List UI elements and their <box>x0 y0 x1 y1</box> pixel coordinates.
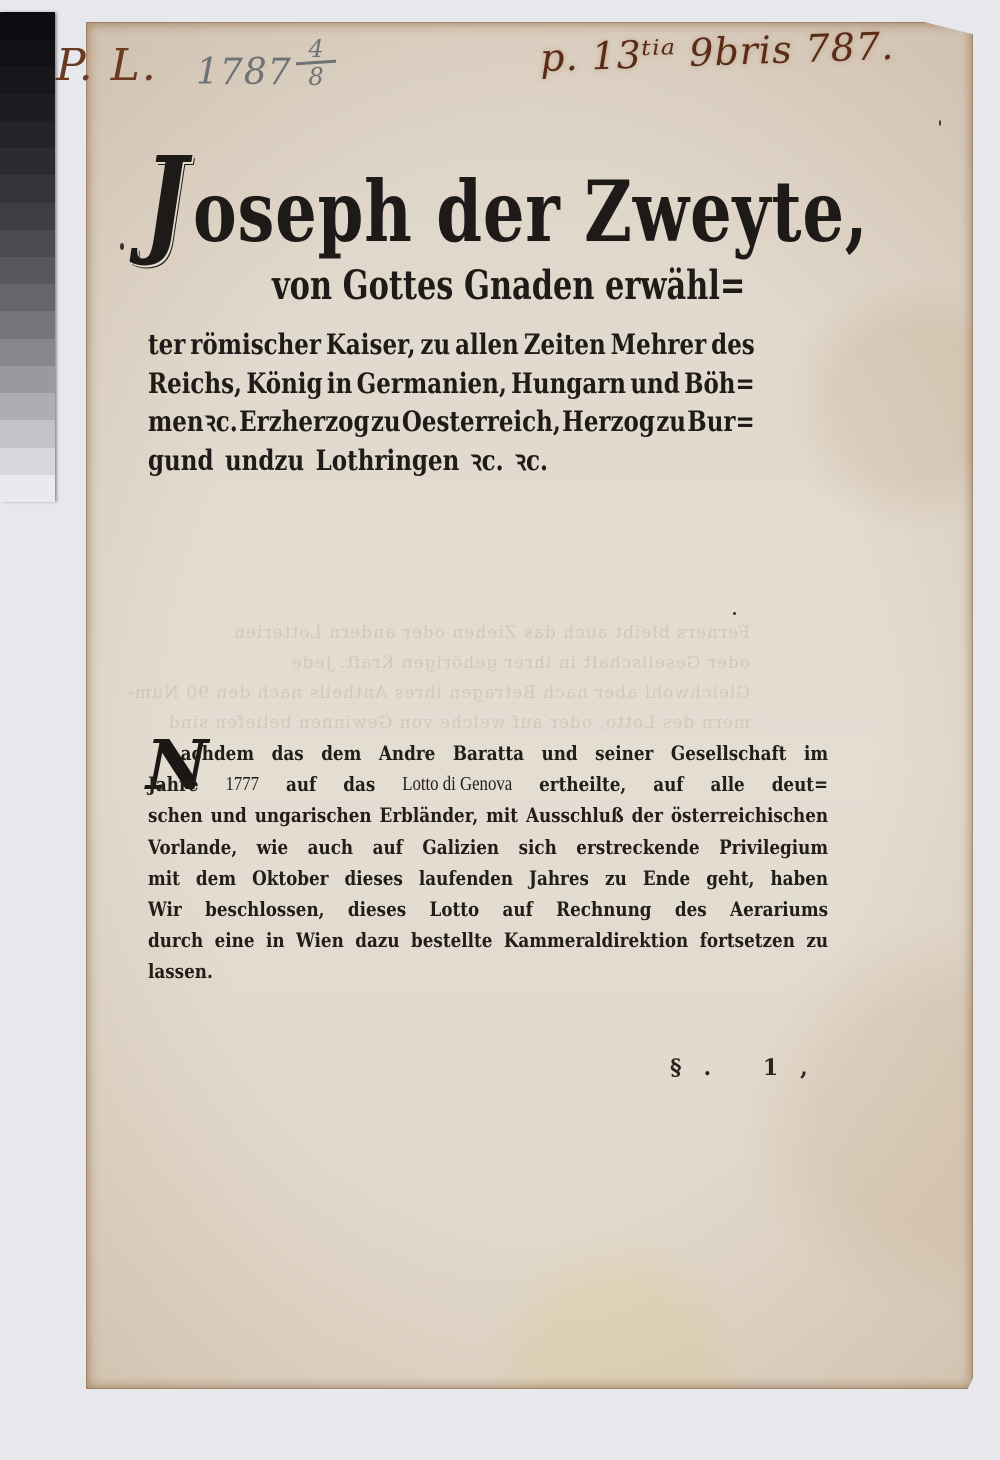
word: deut= <box>772 769 828 800</box>
word: Wien <box>296 925 344 956</box>
fraction-denominator: 8 <box>308 63 323 91</box>
word: lassen. <box>148 956 213 987</box>
word: Aerariums <box>730 894 828 925</box>
word: undzu <box>225 442 304 481</box>
gray-patch <box>0 230 55 257</box>
paper-speck <box>733 612 736 615</box>
word: ertheilte, <box>539 769 626 800</box>
word: dazu <box>355 925 399 956</box>
gray-patch <box>0 39 55 66</box>
word: haben <box>770 863 828 894</box>
word: Lotto <box>430 894 480 925</box>
gray-patch <box>0 66 55 93</box>
word: Lotto di Genova <box>402 769 512 800</box>
word: und <box>542 738 578 769</box>
word: zu <box>656 403 686 442</box>
word: Kaiser, <box>326 326 416 365</box>
text-line: Wirbeschlossen,diesesLottoaufRechnungdes… <box>148 894 828 925</box>
word: Oktober <box>252 863 328 894</box>
word: erstreckende <box>576 832 699 863</box>
word: der <box>632 800 663 831</box>
word: eine <box>215 925 255 956</box>
word: ungarischen <box>255 800 372 831</box>
gray-patch <box>0 203 55 230</box>
handwritten-year-pencil: 1787 <box>196 52 292 93</box>
word: Galizien <box>422 832 499 863</box>
word: zu <box>371 403 401 442</box>
gray-patch <box>0 94 55 121</box>
title-text: oseph der Zweyte, <box>193 162 868 261</box>
word: laufenden <box>419 863 513 894</box>
word: österreichischen <box>671 800 828 831</box>
gray-patch <box>0 148 55 175</box>
word: zu <box>605 863 627 894</box>
gray-patch <box>0 257 55 284</box>
gray-patch <box>0 121 55 148</box>
word: König <box>246 365 322 404</box>
word: schen <box>148 800 203 831</box>
grayscale-calibration-strip <box>0 12 55 502</box>
word: Reichs, <box>148 365 242 404</box>
reverse-side-bleed-through: Ferners bleibt auch das Ziehen oder ande… <box>150 618 750 738</box>
word: Bur= <box>687 403 754 442</box>
word: auch <box>308 832 353 863</box>
word: men <box>148 403 204 442</box>
word: das <box>272 738 304 769</box>
body-paragraph: achdemdasdemAndreBarattaundseinerGesells… <box>148 738 828 988</box>
word: dem <box>321 738 361 769</box>
word: Vorlande, <box>148 832 237 863</box>
word: Gesellschaft <box>671 738 787 769</box>
word: ter <box>148 326 185 365</box>
word: ꝛc. <box>515 442 548 481</box>
word: zu <box>806 925 828 956</box>
word: und <box>211 800 247 831</box>
word: Böh= <box>684 365 755 404</box>
word: gund <box>148 442 213 481</box>
word: auf <box>286 769 316 800</box>
word: ꝛc. <box>471 442 504 481</box>
title-decorated-initial: J <box>144 152 188 248</box>
gray-patch <box>0 311 55 338</box>
bleed-line: mern des Lotto, oder auf welche von Gewi… <box>150 708 750 738</box>
text-line: terrömischerKaiser,zuallenZeitenMehrerde… <box>148 326 755 365</box>
word: Andre <box>379 738 435 769</box>
word: dem <box>196 863 236 894</box>
bleed-line: Ferners bleibt auch das Ziehen oder ande… <box>150 618 750 648</box>
word: Zeiten <box>524 326 606 365</box>
text-line: Vorlande,wieauchaufGaliziensicherstrecke… <box>148 832 828 863</box>
word: Hungarn <box>511 365 626 404</box>
word: mit <box>486 800 518 831</box>
gray-patch <box>0 284 55 311</box>
word: Lothringen <box>316 442 460 481</box>
gray-patch <box>0 175 55 202</box>
word: Jahre <box>148 769 199 800</box>
word: beschlossen, <box>205 894 324 925</box>
bleed-line: oder Gesellschaft in ihrer gehörigen Kra… <box>150 648 750 678</box>
text-line: mitdemOktoberdieseslaufendenJahreszuEnde… <box>148 863 828 894</box>
gray-patch <box>0 339 55 366</box>
word: Oesterreich, <box>402 403 561 442</box>
text-line: Reichs,KöniginGermanien,HungarnundBöh= <box>148 365 755 404</box>
word: auf <box>503 894 533 925</box>
word: das <box>343 769 375 800</box>
word: Wir <box>148 894 182 925</box>
word: geht, <box>706 863 754 894</box>
text-line: menꝛc.ErzherzogzuOesterreich,HerzogzuBur… <box>148 403 755 442</box>
word: auf <box>653 769 683 800</box>
handwritten-initials: P. L. <box>56 40 158 91</box>
gray-patch <box>0 393 55 420</box>
subtitle-first-line: von Gottes Gnaden erwähl= <box>272 262 745 309</box>
word: zu <box>420 326 450 365</box>
word: Rechnung <box>556 894 651 925</box>
word: Erbländer, <box>380 800 479 831</box>
word: ꝛc. <box>205 403 238 442</box>
text-line: durcheineinWiendazubestellteKammeraldire… <box>148 925 828 956</box>
text-line: achdemdasdemAndreBarattaundseinerGesells… <box>148 738 828 769</box>
word: im <box>804 738 828 769</box>
text-line: Jahre1777aufdasLotto di Genovaertheilte,… <box>148 769 828 800</box>
word: Mehrer <box>611 326 707 365</box>
word: Erzherzog <box>239 403 369 442</box>
bleed-line: Gleichwohl aber nach Betragen ihres Anth… <box>150 678 750 708</box>
word: Ausschluß <box>526 800 624 831</box>
word: römischer <box>190 326 321 365</box>
word: alle <box>710 769 744 800</box>
word: seiner <box>595 738 653 769</box>
word: durch <box>148 925 203 956</box>
subtitle-titles-block: terrömischerKaiser,zuallenZeitenMehrerde… <box>148 326 755 480</box>
word: sich <box>519 832 557 863</box>
gray-patch <box>0 448 55 475</box>
word: des <box>711 326 755 365</box>
text-line: gundundzuLothringenꝛc.ꝛc. <box>148 442 755 481</box>
word: Kammeraldirektion <box>504 925 688 956</box>
word: achdem <box>181 738 254 769</box>
word: bestellte <box>411 925 492 956</box>
section-mark-catchword: §. 1, <box>670 1055 830 1081</box>
word: wie <box>257 832 288 863</box>
word: mit <box>148 863 180 894</box>
gray-patch <box>0 366 55 393</box>
word: in <box>266 925 285 956</box>
word: Ende <box>643 863 690 894</box>
gray-patch <box>0 12 55 39</box>
word: Baratta <box>453 738 524 769</box>
text-line: lassen. <box>148 956 828 987</box>
text-line: schenundungarischenErbländer,mitAusschlu… <box>148 800 828 831</box>
word: dieses <box>345 863 403 894</box>
word: 1777 <box>225 769 259 800</box>
gray-patch <box>0 475 55 502</box>
word: allen <box>455 326 519 365</box>
document-title: Joseph der Zweyte, <box>144 152 868 260</box>
word: Herzog <box>562 403 655 442</box>
word: Privilegium <box>719 832 828 863</box>
word: auf <box>373 832 403 863</box>
word: und <box>630 365 679 404</box>
word: in <box>327 365 352 404</box>
word: fortsetzen <box>700 925 795 956</box>
word: dieses <box>348 894 406 925</box>
gray-patch <box>0 420 55 447</box>
paper-speck <box>939 120 941 126</box>
fraction-numerator: 4 <box>308 35 323 63</box>
word: des <box>675 894 707 925</box>
handwritten-fraction-pencil: 4 8 <box>296 38 336 88</box>
paper-speck <box>120 243 124 250</box>
word: Germanien, <box>357 365 507 404</box>
word: Jahres <box>529 863 589 894</box>
